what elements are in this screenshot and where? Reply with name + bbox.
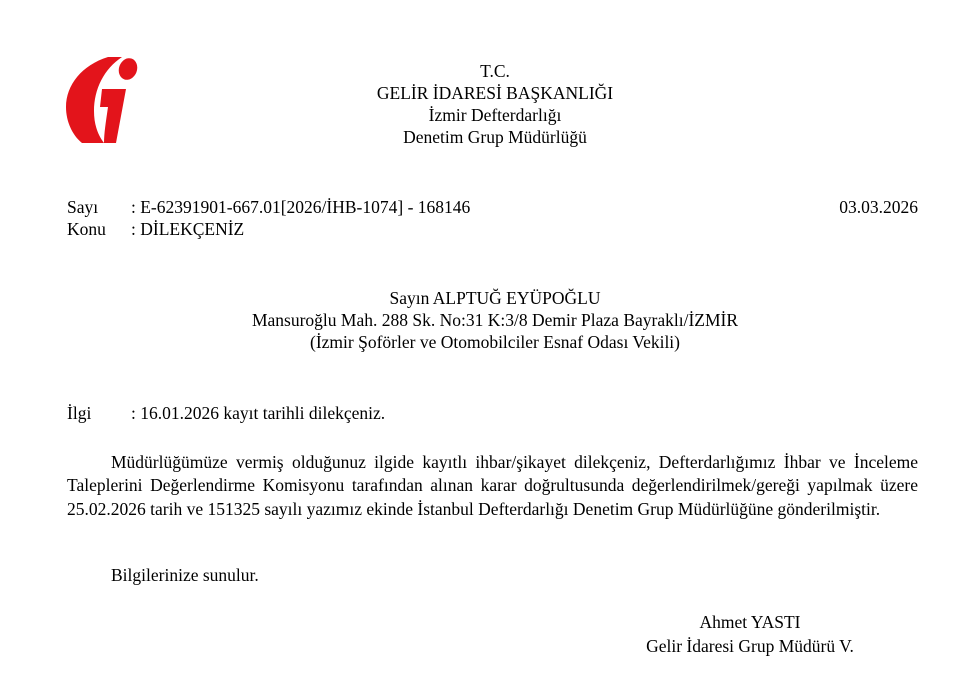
letterhead: T.C. GELİR İDARESİ BAŞKANLIĞI İzmir Deft… [300,60,690,148]
subject-label: Konu [67,218,131,240]
number-value: : E-62391901-667.01[2026/İHB-1074] - 168… [131,196,470,218]
reference-value: : 16.01.2026 kayıt tarihli dilekçeniz. [131,402,385,424]
closing-line: Bilgilerinize sunulur. [111,564,259,586]
body-paragraph: Müdürlüğümüze vermiş olduğunuz ilgide ka… [67,451,918,521]
subject-row: Konu : DİLEKÇENİZ [67,218,470,240]
signatory-title: Gelir İdaresi Grup Müdürü V. [600,634,900,658]
subject-value: : DİLEKÇENİZ [131,218,244,240]
gib-logo-icon [64,55,138,145]
document-meta: Sayı : E-62391901-667.01[2026/İHB-1074] … [67,196,470,240]
header-department: Denetim Grup Müdürlüğü [300,126,690,148]
reference-label: İlgi [67,402,131,424]
recipient-address: Mansuroğlu Mah. 288 Sk. No:31 K:3/8 Demi… [150,309,840,331]
number-label: Sayı [67,196,131,218]
header-administration: GELİR İDARESİ BAŞKANLIĞI [300,82,690,104]
signatory-name: Ahmet YASTI [600,610,900,634]
number-row: Sayı : E-62391901-667.01[2026/İHB-1074] … [67,196,470,218]
recipient-name: Sayın ALPTUĞ EYÜPOĞLU [150,287,840,309]
header-republic: T.C. [300,60,690,82]
recipient-role: (İzmir Şoförler ve Otomobilciler Esnaf O… [150,331,840,353]
recipient-block: Sayın ALPTUĞ EYÜPOĞLU Mansuroğlu Mah. 28… [150,287,840,353]
header-office: İzmir Defterdarlığı [300,104,690,126]
document-date: 03.03.2026 [839,196,918,218]
signature-block: Ahmet YASTI Gelir İdaresi Grup Müdürü V. [600,610,900,658]
reference-row: İlgi : 16.01.2026 kayıt tarihli dilekçen… [67,402,385,424]
